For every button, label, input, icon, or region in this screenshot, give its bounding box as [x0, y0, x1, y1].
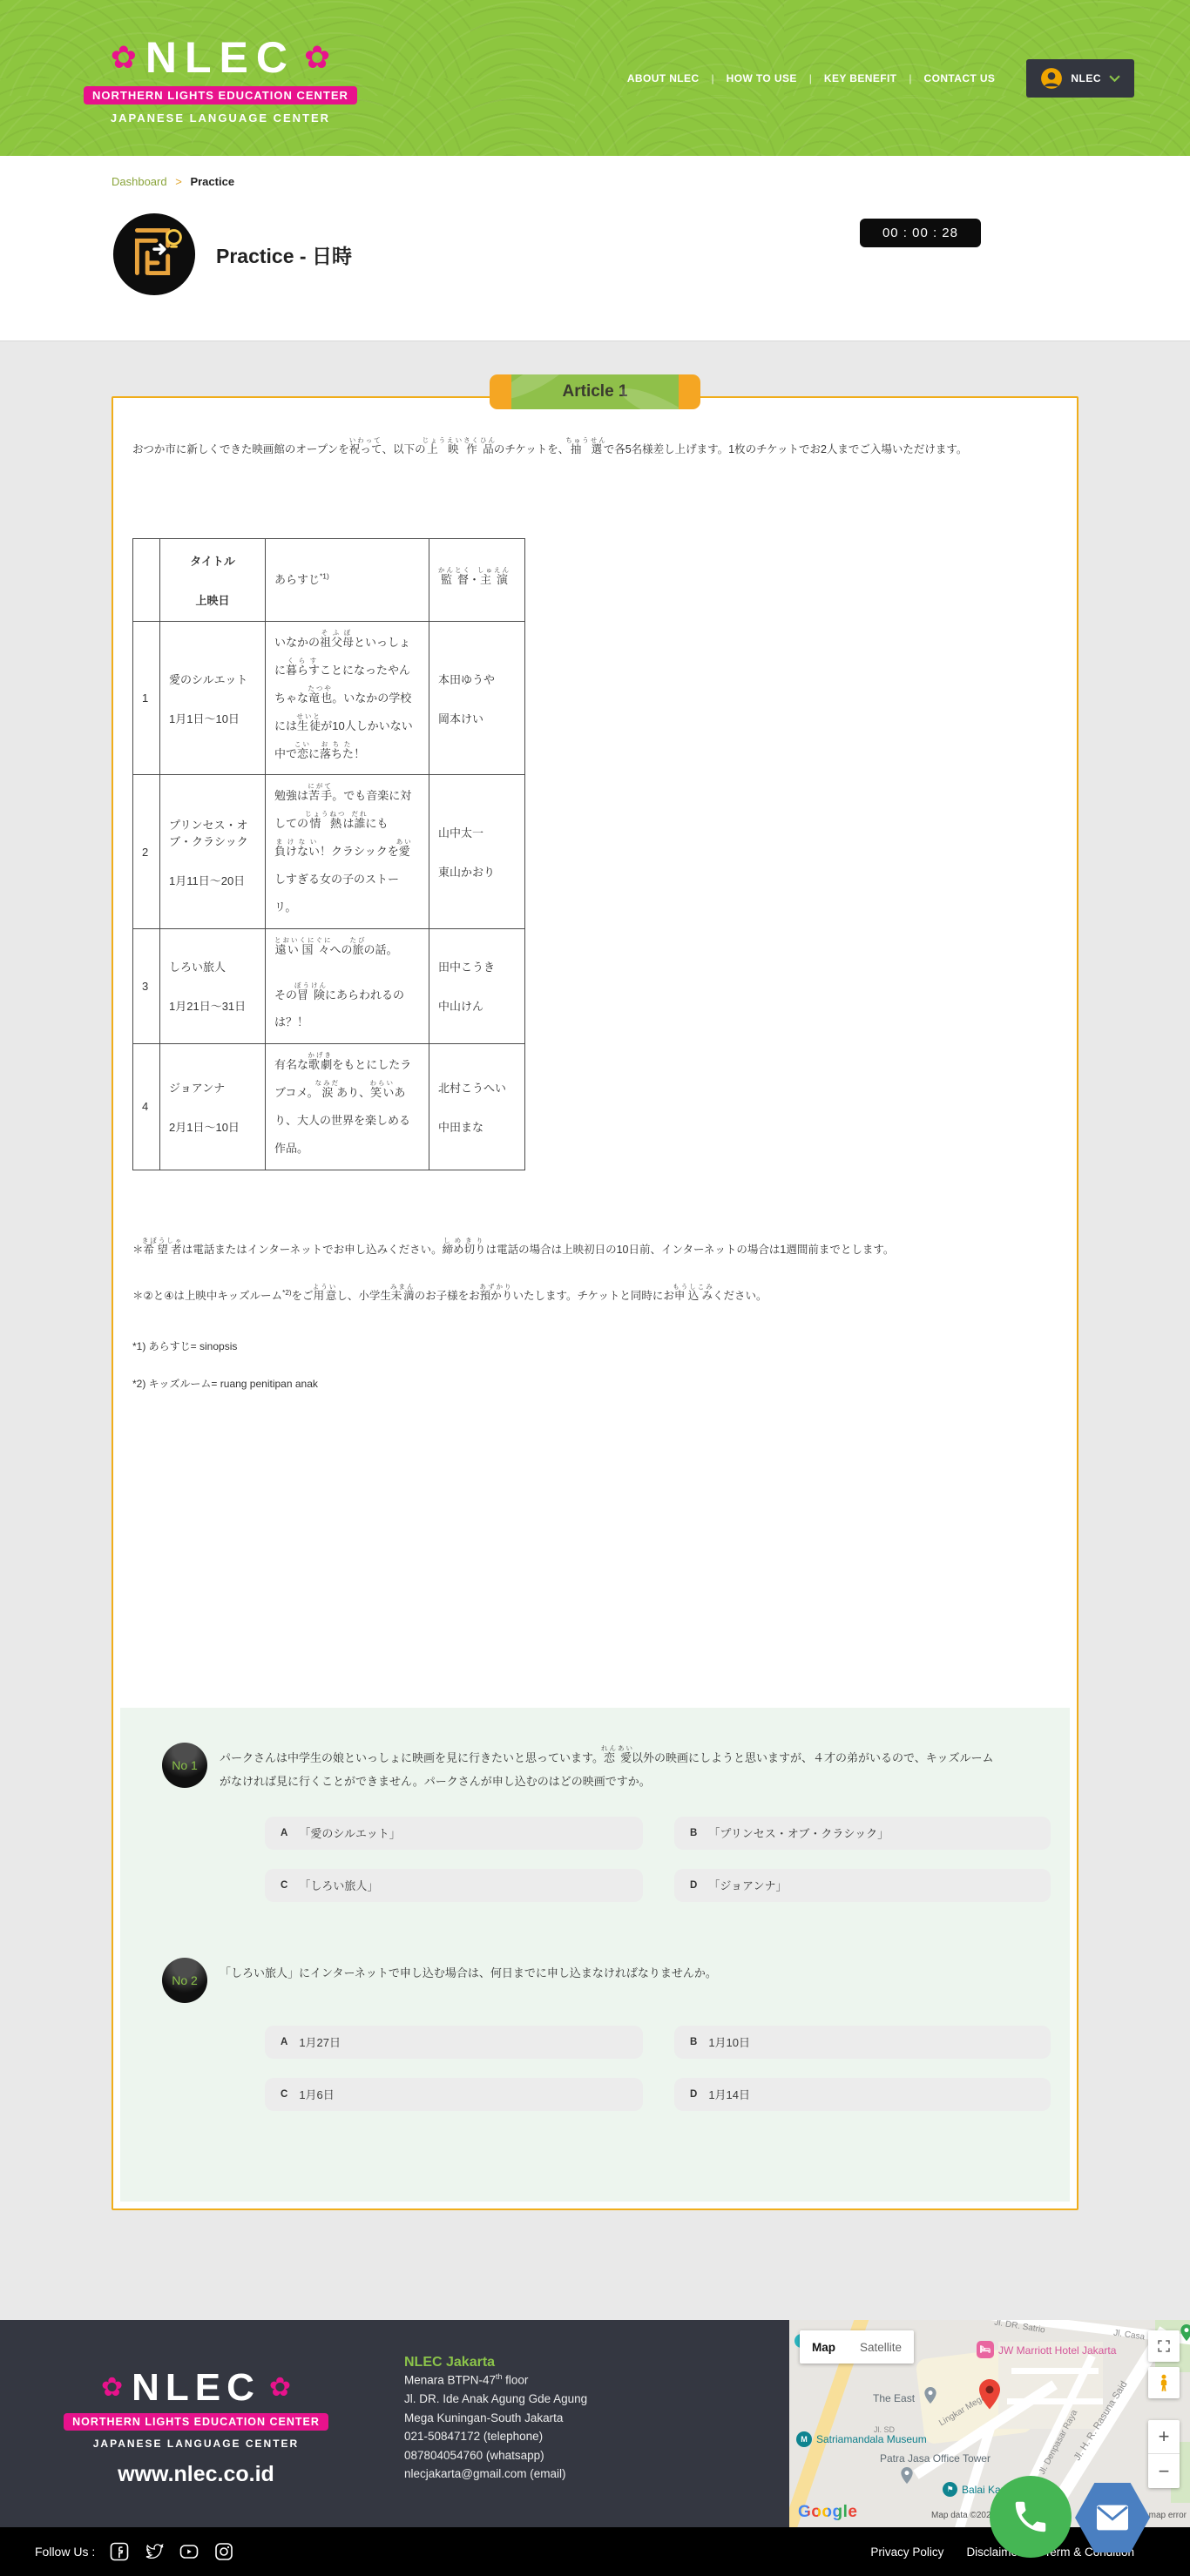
- nlec-logo[interactable]: ✿ NLEC ✿ NORTHERN LIGHTS EDUCATION CENTE…: [84, 32, 357, 125]
- answer-option-b[interactable]: B「プリンセス・オブ・クラシック」: [674, 1817, 1051, 1850]
- map-pin-icon: [898, 2465, 916, 2487]
- satellite-button[interactable]: Satellite: [848, 2341, 914, 2354]
- fullscreen-button[interactable]: [1148, 2330, 1180, 2362]
- footer-address-line: Mega Kuningan-South Jakarta: [404, 2409, 789, 2428]
- chevron-down-icon: [1109, 75, 1120, 82]
- footer-whatsapp: 087804054760 (whatsapp): [404, 2446, 789, 2465]
- answer-option-b[interactable]: B1月10日: [674, 2026, 1051, 2059]
- footer-phone: 021-50847172 (telephone): [404, 2427, 789, 2446]
- zoom-out-button[interactable]: −: [1148, 2454, 1180, 2488]
- breadcrumb-dashboard[interactable]: Dashboard: [112, 175, 167, 188]
- table-header-no: [133, 539, 160, 622]
- zoom-in-button[interactable]: +: [1148, 2420, 1180, 2454]
- footer-address-line: Menara BTPN-47th floor: [404, 2370, 789, 2390]
- pegman-button[interactable]: [1148, 2367, 1180, 2398]
- nav-separator: |: [712, 72, 714, 84]
- breadcrumb-separator: >: [175, 175, 182, 188]
- timer-display: 00 : 00 : 28: [860, 219, 981, 247]
- article-intro: おつか市に新しくできた映画館のオープンを祝っていわって、以下の上映じょうえい作品…: [132, 436, 1054, 463]
- privacy-policy-link[interactable]: Privacy Policy: [870, 2546, 943, 2559]
- answer-option-d[interactable]: D1月14日: [674, 2078, 1051, 2111]
- question-1-badge: No 1: [162, 1743, 207, 1788]
- main-content: Article 1 おつか市に新しくできた映画館のオープンを祝っていわって、以下…: [0, 341, 1190, 2320]
- page-title: Practice - 日時: [216, 240, 352, 269]
- footer-address-line: Jl. DR. Ide Anak Agung Gde Agung: [404, 2390, 789, 2409]
- question-block: No 1 パークさんは中学生の娘といっしょに映画を見に行きたいと思っています。恋…: [120, 1708, 1070, 2202]
- user-menu-button[interactable]: NLEC: [1026, 59, 1134, 98]
- sub-header: Dashboard > Practice Practice - 日時 00 :: [0, 156, 1190, 341]
- footer-logo-block: ✿ NLEC ✿ NORTHERN LIGHTS EDUCATION CENTE…: [0, 2320, 392, 2527]
- phone-icon: [1011, 2497, 1051, 2537]
- map-attribution: Map data ©202: [931, 2511, 991, 2520]
- twitter-icon[interactable]: [144, 2541, 165, 2562]
- pegman-icon: [1156, 2373, 1172, 2392]
- hotel-icon[interactable]: 🛏: [977, 2341, 994, 2358]
- nav-about[interactable]: ABOUT NLEC: [627, 72, 700, 84]
- footer-contact-block: NLEC Jakarta Menara BTPN-47th floor Jl. …: [392, 2320, 789, 2527]
- map-pin-icon[interactable]: [974, 2376, 1005, 2414]
- note-application: ＊希望者きぼうしゃは電話またはインターネットでお申し込みください。締め切りしめき…: [132, 1237, 1054, 1263]
- nav-how-to-use[interactable]: HOW TO USE: [727, 72, 797, 84]
- question-2: No 2 「しろい旅人」にインターネットで申し込む場合は、何日までに申し込まなけ…: [162, 1958, 1018, 2003]
- article-tab-label: Article 1: [563, 382, 628, 401]
- note-kids-room: ＊②と④は上映中キッズルーム*2)をご用意よういし、小学生未満みまんのお子様をお…: [132, 1283, 1054, 1309]
- answer-option-a[interactable]: A「愛のシルエット」: [265, 1817, 643, 1850]
- poi-label-museum[interactable]: Satriamandala Museum: [816, 2433, 927, 2445]
- site-header: ✿ NLEC ✿ NORTHERN LIGHTS EDUCATION CENTE…: [0, 0, 1190, 156]
- google-logo[interactable]: Google: [798, 2503, 857, 2522]
- answer-option-a[interactable]: A1月27日: [265, 2026, 643, 2059]
- question-1-text: パークさんは中学生の娘といっしょに映画を見に行きたいと思っています。恋愛れんあい…: [220, 1743, 1004, 1794]
- instagram-icon[interactable]: [213, 2541, 234, 2562]
- facebook-icon[interactable]: [109, 2541, 130, 2562]
- table-row: 4 ジョアンナ2月1日～10日 有名な歌劇かげきをもとにしたラブコメ。涙なみだあ…: [133, 1044, 525, 1170]
- user-menu-label: NLEC: [1071, 72, 1101, 84]
- brand-badge: NORTHERN LIGHTS EDUCATION CENTER: [84, 86, 357, 105]
- article-card: Article 1 おつか市に新しくできた映画館のオープンを祝っていわって、以下…: [112, 396, 1078, 2210]
- fullscreen-icon: [1156, 2338, 1172, 2354]
- map-pin-icon: [922, 2384, 939, 2407]
- table-header-title: タイトル 上映日: [160, 539, 266, 622]
- question-2-answers: A1月27日 B1月10日 C1月6日 D1月14日: [265, 2026, 1018, 2111]
- nav-contact-us[interactable]: CONTACT US: [924, 72, 996, 84]
- table-row: 3 しろい旅人1月21日～31日 遠いとおい国々くにぐにへの旅たびの話。その冒険…: [133, 928, 525, 1044]
- breadcrumb-current: Practice: [190, 175, 234, 188]
- question-1: No 1 パークさんは中学生の娘といっしょに映画を見に行きたいと思っています。恋…: [162, 1743, 1018, 1794]
- breadcrumb: Dashboard > Practice: [0, 156, 1190, 188]
- footer-office-heading: NLEC Jakarta: [404, 2355, 789, 2370]
- sakura-flower-icon: ✿: [111, 42, 137, 73]
- tab-article-1[interactable]: Article 1: [490, 374, 700, 409]
- map-pin-icon: [1178, 2322, 1190, 2344]
- sakura-flower-icon: ✿: [269, 2375, 291, 2401]
- map-road: [1011, 2368, 1099, 2374]
- sakura-flower-icon: ✿: [304, 42, 330, 73]
- follow-us-label: Follow Us :: [35, 2545, 95, 2559]
- article-notes: ＊希望者きぼうしゃは電話またはインターネットでお申し込みください。締め切りしめき…: [132, 1237, 1054, 1393]
- note-ruang-penitipan: *2) キッズルーム= ruang penitipan anak: [132, 1376, 1054, 1393]
- envelope-icon: [1093, 2502, 1132, 2533]
- table-header-synopsis: あらすじ*1): [266, 539, 429, 622]
- question-2-text: 「しろい旅人」にインターネットで申し込む場合は、何日までに申し込まなければなりま…: [220, 1958, 1004, 2003]
- answer-option-d[interactable]: D「ジョアンナ」: [674, 1869, 1051, 1902]
- map-button[interactable]: Map: [800, 2341, 848, 2354]
- poi-label-east[interactable]: The East: [873, 2392, 915, 2404]
- maze-practice-icon: [112, 212, 197, 297]
- nav-separator: |: [809, 72, 812, 84]
- brand-name: NLEC: [145, 32, 295, 83]
- whatsapp-call-button[interactable]: [990, 2476, 1072, 2558]
- landmark-icon[interactable]: ⚑: [943, 2482, 957, 2497]
- note-sinopsis: *1) あらすじ= sinopsis: [132, 1339, 1054, 1355]
- table-header-director: 監督かんとく・主演しゅえん: [429, 539, 525, 622]
- map-road: [1007, 2398, 1103, 2404]
- answer-option-c[interactable]: C「しろい旅人」: [265, 1869, 643, 1902]
- nav-key-benefit[interactable]: KEY BENEFIT: [824, 72, 897, 84]
- table-row: 1 愛のシルエット1月1日～10日 いなかの祖父母そふぼといっしょに暮らすくらす…: [133, 622, 525, 775]
- question-1-answers: A「愛のシルエット」 B「プリンセス・オブ・クラシック」 C「しろい旅人」 D「…: [265, 1817, 1018, 1902]
- footer-email: nlecjakarta@gmail.com (email): [404, 2465, 789, 2484]
- zoom-control: + −: [1148, 2420, 1180, 2488]
- map-type-control: Map Satellite: [800, 2330, 914, 2364]
- table-row: 2 プリンセス・オブ・クラシック1月11日～20日 勉強は苦手にがて。でも音楽に…: [133, 775, 525, 928]
- brand-tagline: JAPANESE LANGUAGE CENTER: [84, 111, 357, 125]
- movie-table: タイトル 上映日 あらすじ*1) 監督かんとく・主演しゅえん 1 愛のシルエット…: [132, 538, 525, 1170]
- question-2-badge: No 2: [162, 1958, 207, 2003]
- main-nav: ABOUT NLEC | HOW TO USE | KEY BENEFIT | …: [627, 59, 1134, 98]
- poi-label-hotel[interactable]: JW Marriott Hotel Jakarta: [998, 2344, 1116, 2357]
- museum-icon[interactable]: M: [796, 2431, 812, 2447]
- user-icon: [1040, 67, 1063, 90]
- website-link[interactable]: www.nlec.co.id: [118, 2462, 274, 2487]
- youtube-icon[interactable]: [179, 2541, 199, 2562]
- answer-option-c[interactable]: C1月6日: [265, 2078, 643, 2111]
- sakura-flower-icon: ✿: [101, 2375, 123, 2401]
- poi-label-patra[interactable]: Patra Jasa Office Tower: [880, 2452, 991, 2465]
- nav-separator: |: [909, 72, 911, 84]
- map-report-error-link[interactable]: map error: [1149, 2511, 1187, 2520]
- page: ✿ NLEC ✿ NORTHERN LIGHTS EDUCATION CENTE…: [0, 0, 1190, 2576]
